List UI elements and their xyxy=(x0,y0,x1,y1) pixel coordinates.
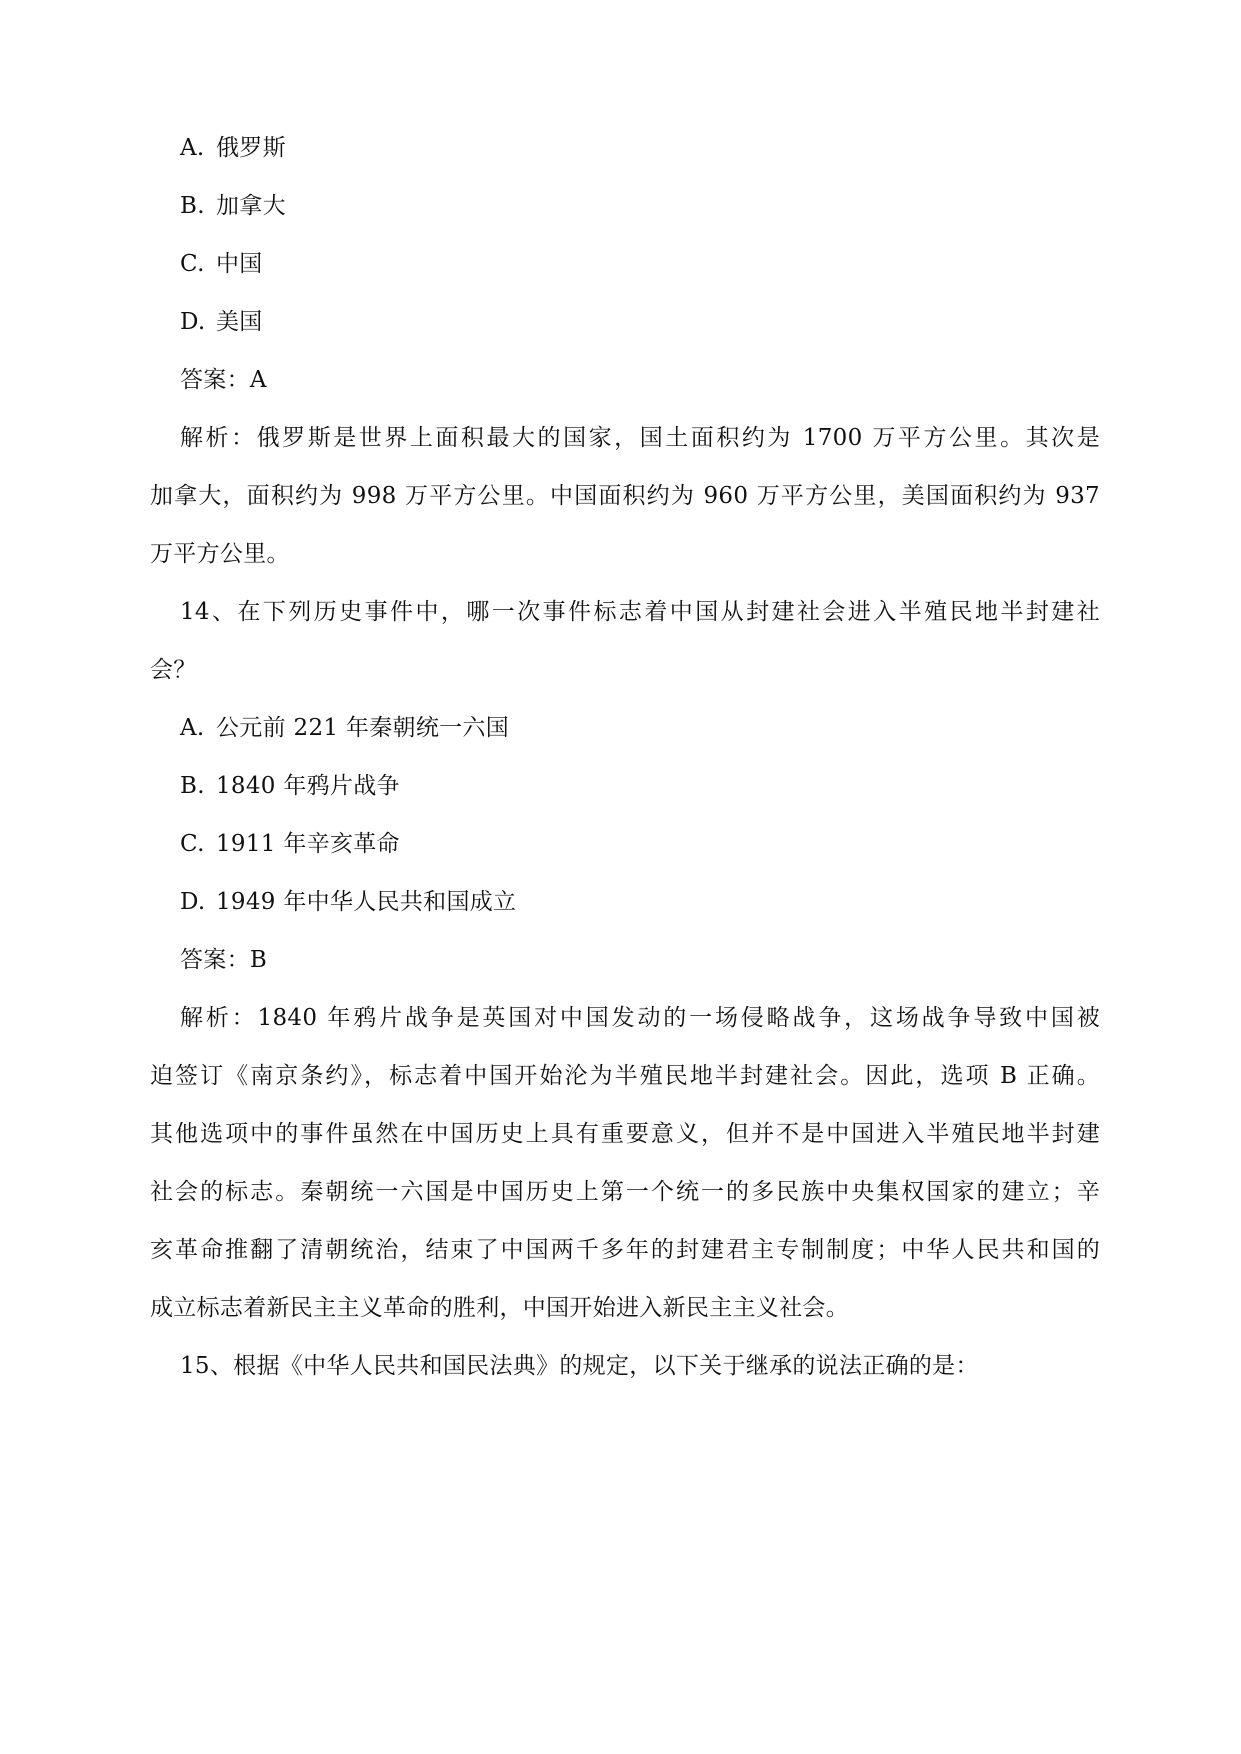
option-text: 1840 年鸦片战争 xyxy=(216,773,400,799)
q13-answer: 答案：A xyxy=(180,360,267,400)
q14-explanation-line: 亥革命推翻了清朝统治，结束了中国两千多年的封建君主专制制度；中华人民共和国的 xyxy=(150,1230,1100,1270)
option-text: 加拿大 xyxy=(216,193,286,219)
q14-explanation-line: 解析：1840 年鸦片战争是英国对中国发动的一场侵略战争，这场战争导致中国被 xyxy=(180,998,1100,1038)
option-text: 公元前 221 年秦朝统一六国 xyxy=(216,715,509,741)
q14-option-a: A.公元前 221 年秦朝统一六国 xyxy=(180,708,509,748)
q14-option-d: D.1949 年中华人民共和国成立 xyxy=(180,882,516,922)
option-text: 1911 年辛亥革命 xyxy=(216,831,400,857)
option-text: 美国 xyxy=(216,309,263,335)
q14-answer: 答案：B xyxy=(180,940,267,980)
option-letter: B. xyxy=(180,766,216,806)
q14-question-line: 会？ xyxy=(150,650,197,690)
q13-explanation-line: 万平方公里。 xyxy=(150,534,290,574)
q13-explanation-line: 解析：俄罗斯是世界上面积最大的国家，国土面积约为 1700 万平方公里。其次是 xyxy=(180,418,1100,458)
option-letter: D. xyxy=(180,882,216,922)
q13-explanation-line: 加拿大，面积约为 998 万平方公里。中国面积约为 960 万平方公里，美国面积… xyxy=(150,476,1100,516)
q14-option-c: C.1911 年辛亥革命 xyxy=(180,824,400,864)
q14-explanation-line: 社会的标志。秦朝统一六国是中国历史上第一个统一的多民族中央集权国家的建立；辛 xyxy=(150,1172,1100,1212)
q13-option-a: A.俄罗斯 xyxy=(180,128,286,168)
option-letter: A. xyxy=(180,128,216,168)
option-letter: B. xyxy=(180,186,216,226)
q14-explanation-line: 其他选项中的事件虽然在中国历史上具有重要意义，但并不是中国进入半殖民地半封建 xyxy=(150,1114,1100,1154)
q13-option-b: B.加拿大 xyxy=(180,186,286,226)
option-text: 俄罗斯 xyxy=(216,135,286,161)
q13-option-d: D.美国 xyxy=(180,302,263,342)
option-text: 1949 年中华人民共和国成立 xyxy=(216,889,516,915)
option-letter: C. xyxy=(180,244,216,284)
q14-option-b: B.1840 年鸦片战争 xyxy=(180,766,400,806)
option-letter: C. xyxy=(180,824,216,864)
q13-option-c: C.中国 xyxy=(180,244,263,284)
q14-explanation-line: 成立标志着新民主主义革命的胜利，中国开始进入新民主主义社会。 xyxy=(150,1288,849,1328)
option-letter: A. xyxy=(180,708,216,748)
q15-question-line: 15、根据《中华人民共和国民法典》的规定，以下关于继承的说法正确的是： xyxy=(180,1346,979,1386)
option-text: 中国 xyxy=(216,251,263,277)
q14-question-line: 14、在下列历史事件中，哪一次事件标志着中国从封建社会进入半殖民地半封建社 xyxy=(180,592,1100,632)
option-letter: D. xyxy=(180,302,216,342)
q14-explanation-line: 迫签订《南京条约》，标志着中国开始沦为半殖民地半封建社会。因此，选项 B 正确。 xyxy=(150,1056,1100,1096)
